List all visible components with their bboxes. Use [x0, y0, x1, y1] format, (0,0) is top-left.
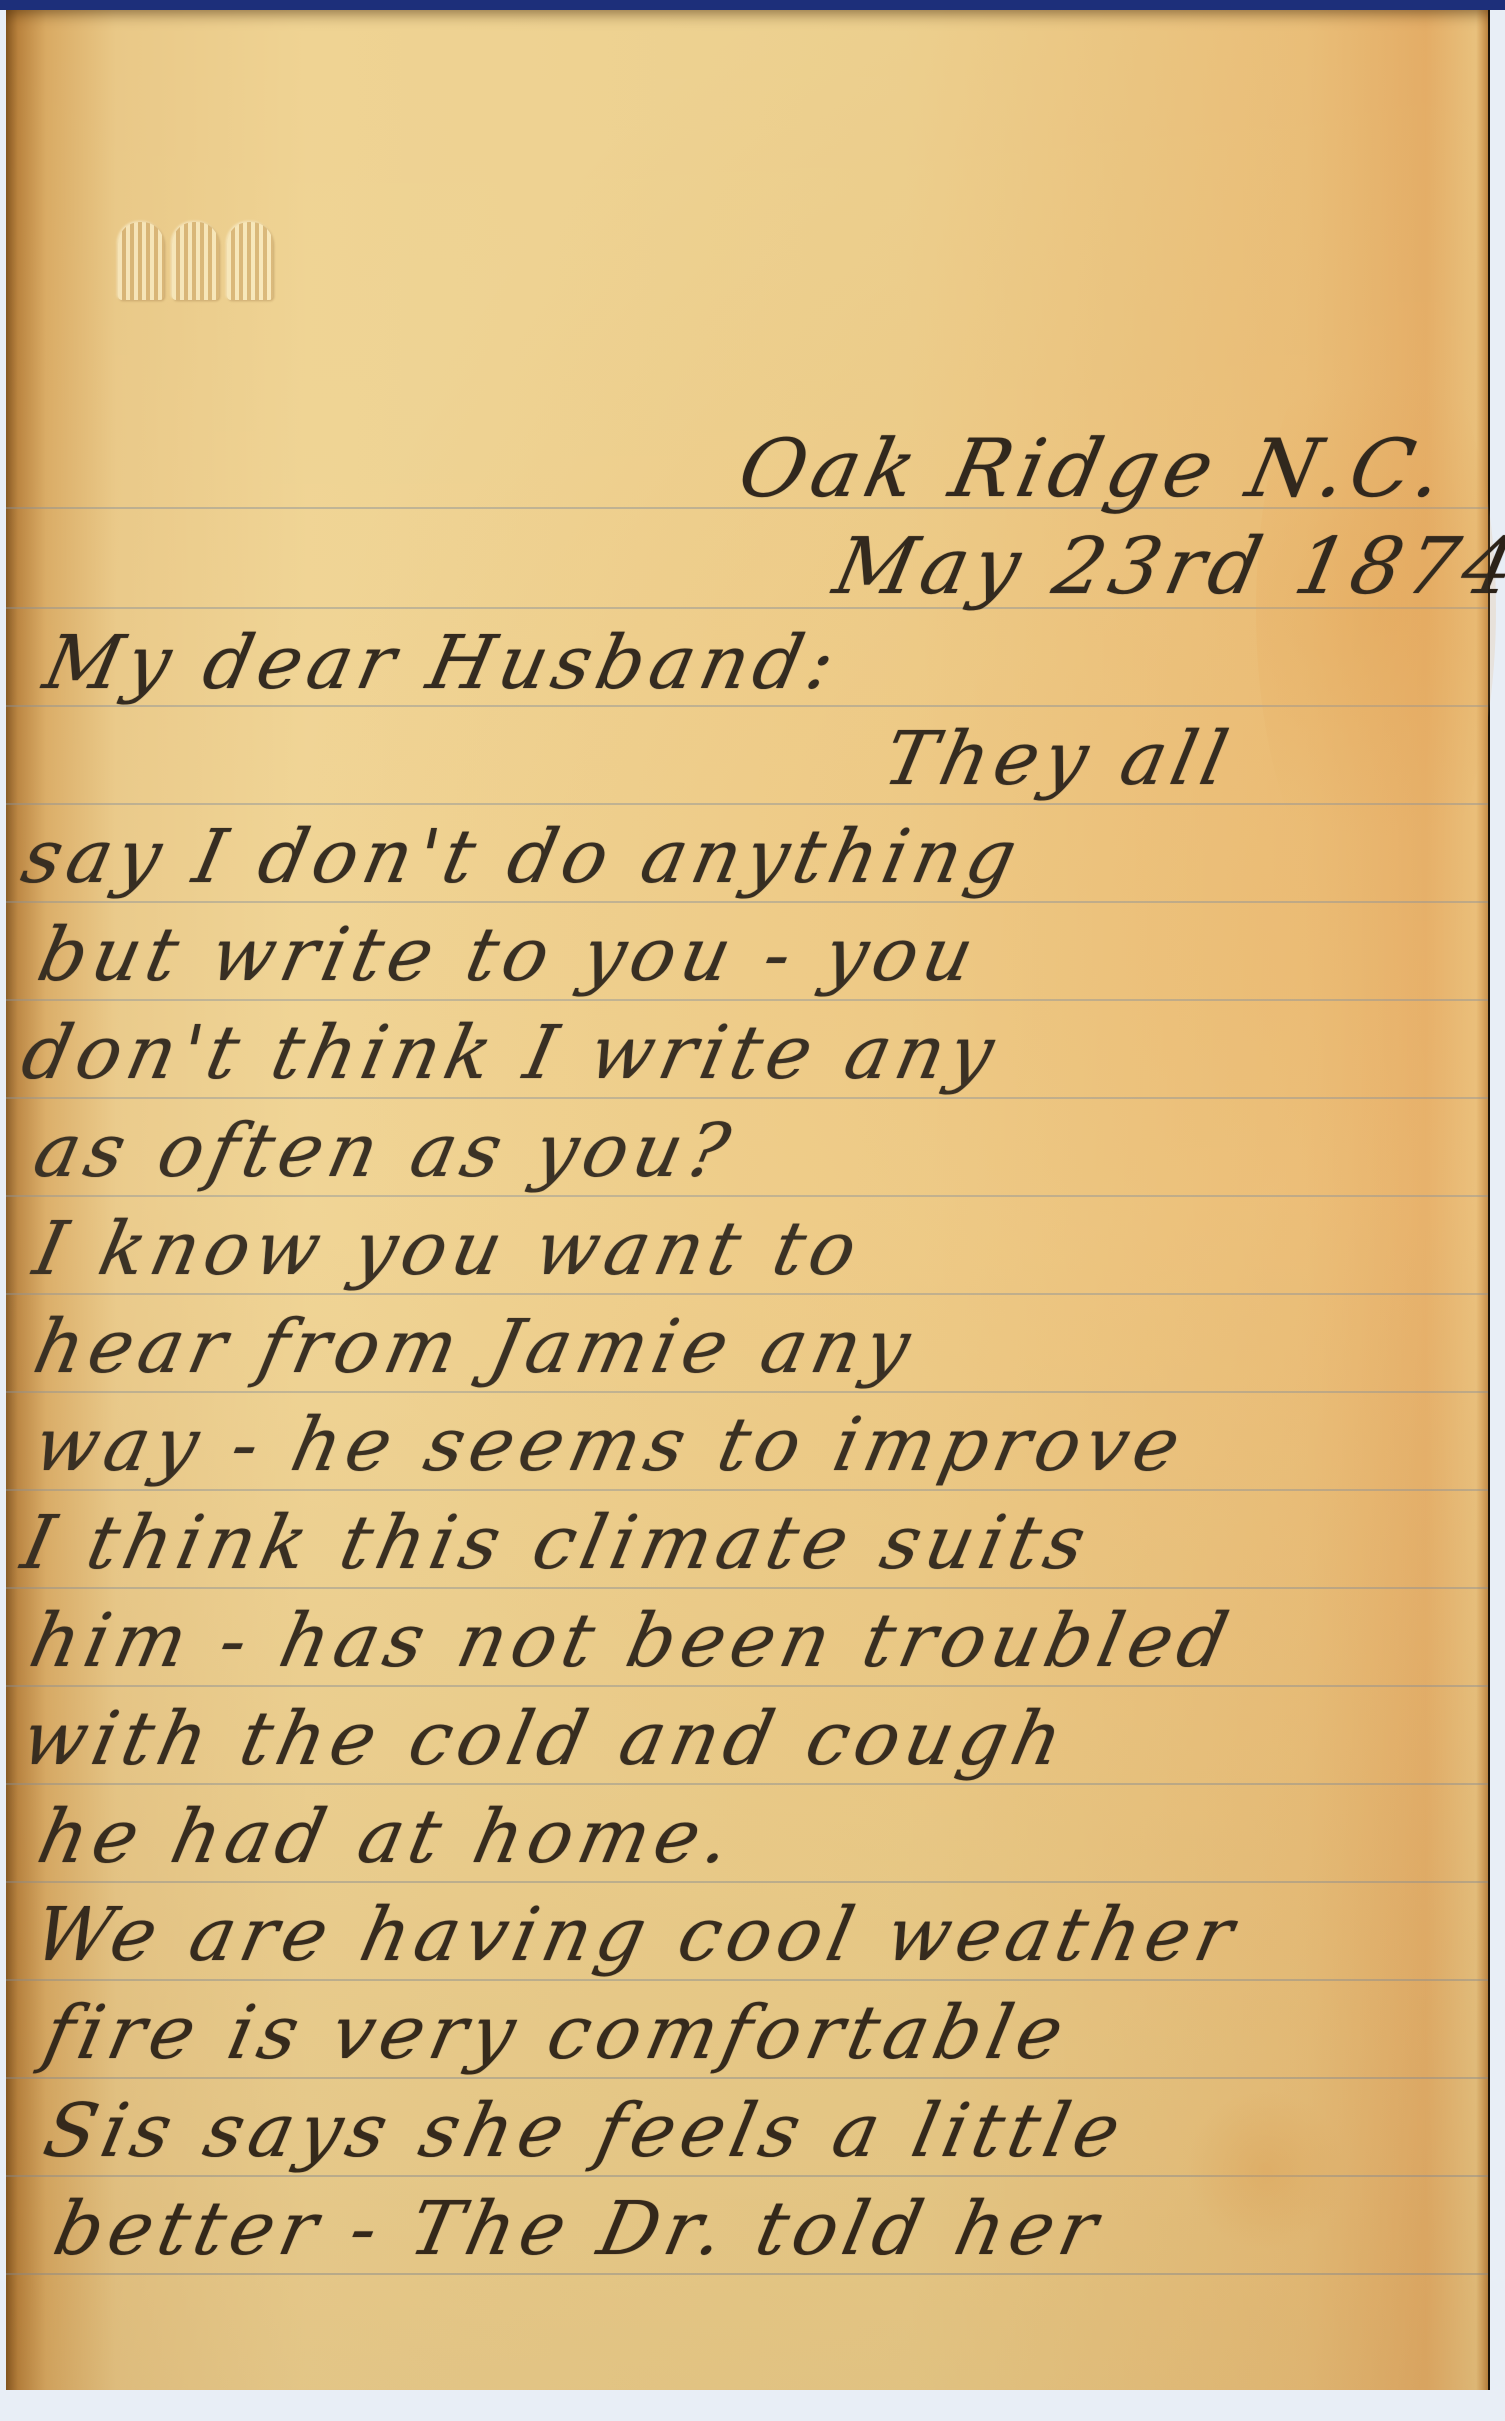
- ruled-line: [6, 1097, 1488, 1099]
- paper-stain: [1186, 2090, 1346, 2250]
- ruled-line: [6, 2273, 1488, 2275]
- ruled-line: [6, 2077, 1488, 2079]
- letter-salutation: My dear Husband:: [37, 620, 848, 706]
- letter-body-line: don't think I write any: [15, 1010, 1007, 1096]
- embossed-stamp-icon: [118, 215, 273, 300]
- letter-body-line: fire is very comfortable: [37, 1990, 1077, 2076]
- letter-body-line: but write to you - you: [31, 912, 987, 998]
- ruled-line: [6, 1979, 1488, 1981]
- ruled-line: [6, 901, 1488, 903]
- letter-body-line: They all: [877, 716, 1241, 802]
- letter-body-line: Sis says she feels a little: [37, 2088, 1134, 2174]
- ruled-line: [6, 1293, 1488, 1295]
- ruled-line: [6, 1685, 1488, 1687]
- letter-body-line: him - has not been troubled: [23, 1598, 1241, 1684]
- letter-place: Oak Ridge N.C.: [731, 422, 1457, 515]
- letter-body-line: he had at home.: [31, 1794, 744, 1880]
- letter-body-line: We are having cool weather: [27, 1892, 1247, 1978]
- ruled-line: [6, 1881, 1488, 1883]
- letter-body-line: I think this climate suits: [15, 1500, 1099, 1586]
- ruled-line: [6, 803, 1488, 805]
- letter-body-line: better - The Dr. told her: [47, 2186, 1111, 2272]
- ruled-line: [6, 1489, 1488, 1491]
- letter-body-line: with the cold and cough: [15, 1696, 1076, 1782]
- letter-page: Oak Ridge N.C. May 23rd 1874 My dear Hus…: [6, 10, 1488, 2390]
- ruled-line: [6, 1195, 1488, 1197]
- letter-body-line: way - he seems to improve: [27, 1402, 1193, 1488]
- letter-body-line: hear from Jamie any: [27, 1304, 923, 1390]
- letter-body-line: I know you want to: [27, 1206, 870, 1292]
- letter-body-line: as often as you?: [27, 1108, 743, 1194]
- letter-body-line: say I don't do anything: [15, 814, 1030, 900]
- letter-date: May 23rd 1874: [826, 522, 1505, 612]
- scan-top-edge: [0, 0, 1505, 10]
- ruled-line: [6, 999, 1488, 1001]
- ruled-line: [6, 1783, 1488, 1785]
- ruled-line: [6, 1391, 1488, 1393]
- ruled-line: [6, 1587, 1488, 1589]
